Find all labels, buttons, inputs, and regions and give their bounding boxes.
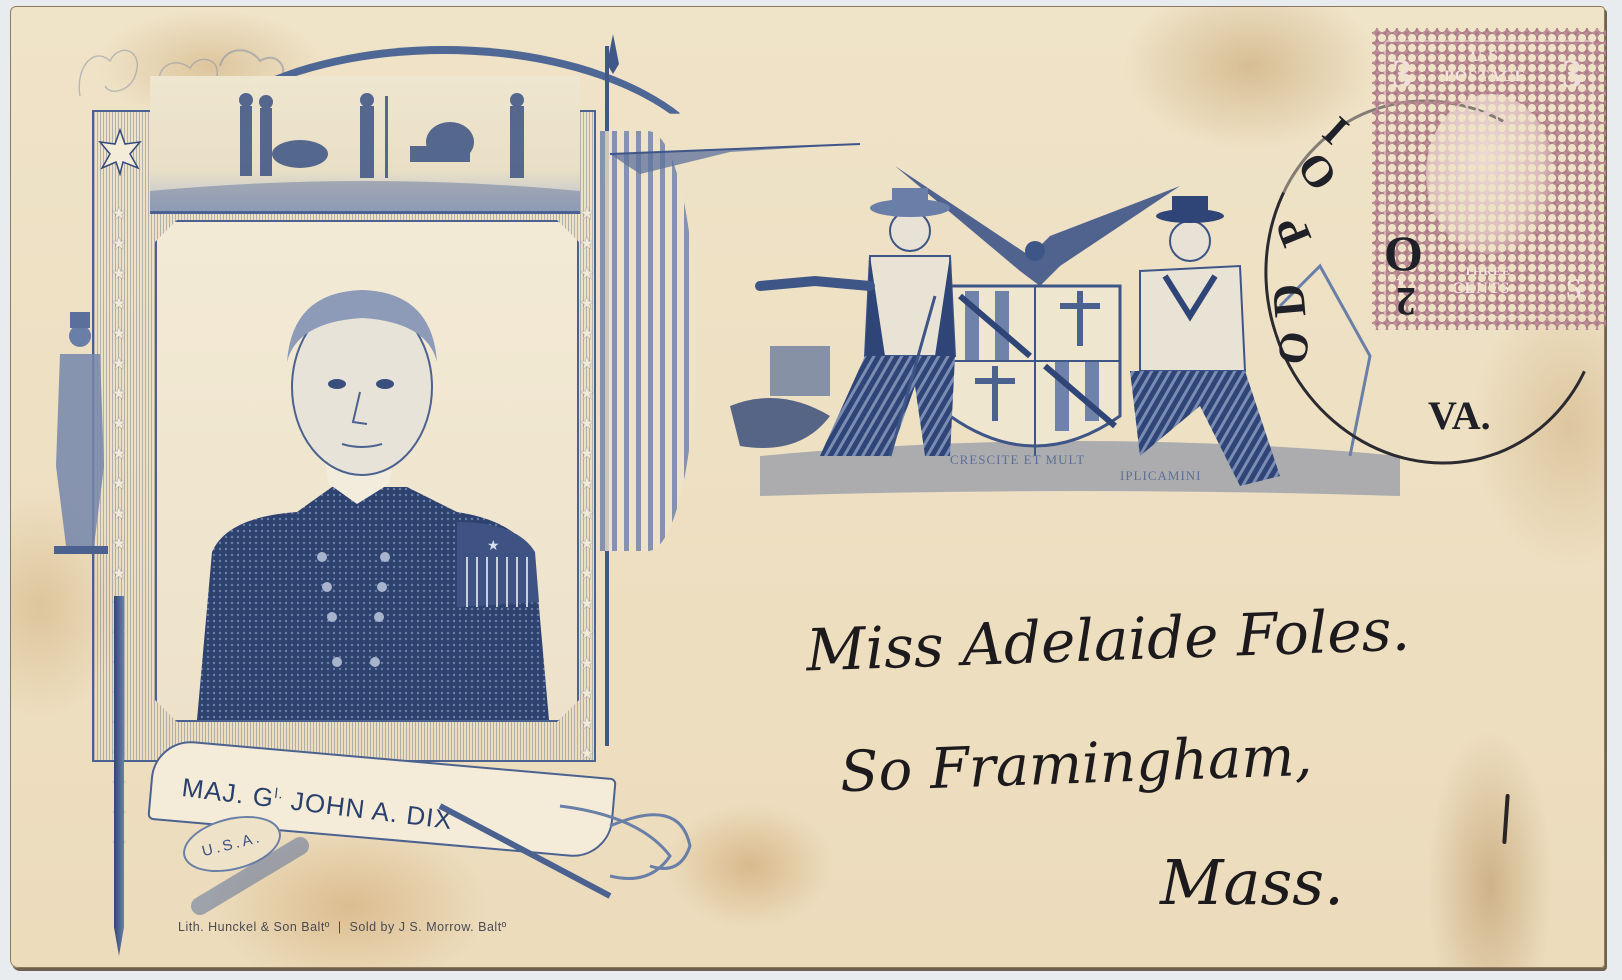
address-line-2: So Framingham,	[839, 724, 1313, 805]
motto-right: IPLICAMINI	[1120, 468, 1202, 484]
ink-mark	[1502, 794, 1509, 844]
address-line-1: Miss Adelaide Foles.	[805, 595, 1411, 684]
star-icon: ★	[579, 444, 594, 464]
star-icon	[96, 128, 144, 176]
star-icon: ★	[579, 354, 594, 374]
spear-tip-icon	[606, 34, 620, 74]
star-icon: ★	[579, 264, 594, 284]
star-icon: ★	[579, 384, 594, 404]
star-icon: ★	[579, 594, 594, 614]
soldier-figure-icon	[46, 306, 114, 556]
star-icon: ★	[579, 204, 594, 224]
address-line-3: Mass.	[1160, 846, 1344, 919]
printer-imprint: Lith. Hunckel & Son Baltº | Sold by J S.…	[178, 920, 507, 934]
star-icon: ★	[111, 264, 126, 284]
star-icon: ★	[579, 624, 594, 644]
star-icon: ★	[579, 414, 594, 434]
star-icon: ★	[579, 504, 594, 524]
star-icon: ★	[579, 654, 594, 674]
postmark-date: O	[1384, 224, 1423, 282]
postmark-char: D	[1261, 282, 1317, 320]
artillery-crew-icon	[150, 76, 580, 211]
star-icon: ★	[579, 684, 594, 704]
envelope: ★★★★★★★★★★★★★★★★★★★★★★ ★★★★★★★★★★★★★★★★★…	[10, 6, 1605, 968]
star-icon: ★	[579, 714, 594, 734]
star-icon: ★	[579, 564, 594, 584]
star-icon: ★	[111, 234, 126, 254]
general-portrait: ★	[155, 220, 579, 722]
general-portrait-icon: ★	[157, 222, 577, 720]
washington-portrait-icon	[1426, 94, 1554, 254]
crossed-weapons-icon	[180, 786, 700, 916]
motto-left: CRESCITE ET MULT	[950, 452, 1085, 468]
star-icon: ★	[579, 234, 594, 254]
star-icon: ★	[111, 204, 126, 224]
star-icon: ★	[579, 744, 594, 764]
svg-text:★: ★	[487, 539, 500, 554]
star-icon: ★	[579, 324, 594, 344]
postmark-date: 2	[1396, 278, 1416, 325]
flag-icon	[600, 131, 696, 551]
postmark-state: VA.	[1428, 392, 1491, 439]
star-icon: ★	[111, 564, 126, 584]
star-icon: ★	[579, 534, 594, 554]
artillery-scene	[150, 76, 580, 214]
star-icon: ★	[579, 294, 594, 314]
sword-icon	[114, 596, 124, 956]
star-icon: ★	[579, 474, 594, 494]
